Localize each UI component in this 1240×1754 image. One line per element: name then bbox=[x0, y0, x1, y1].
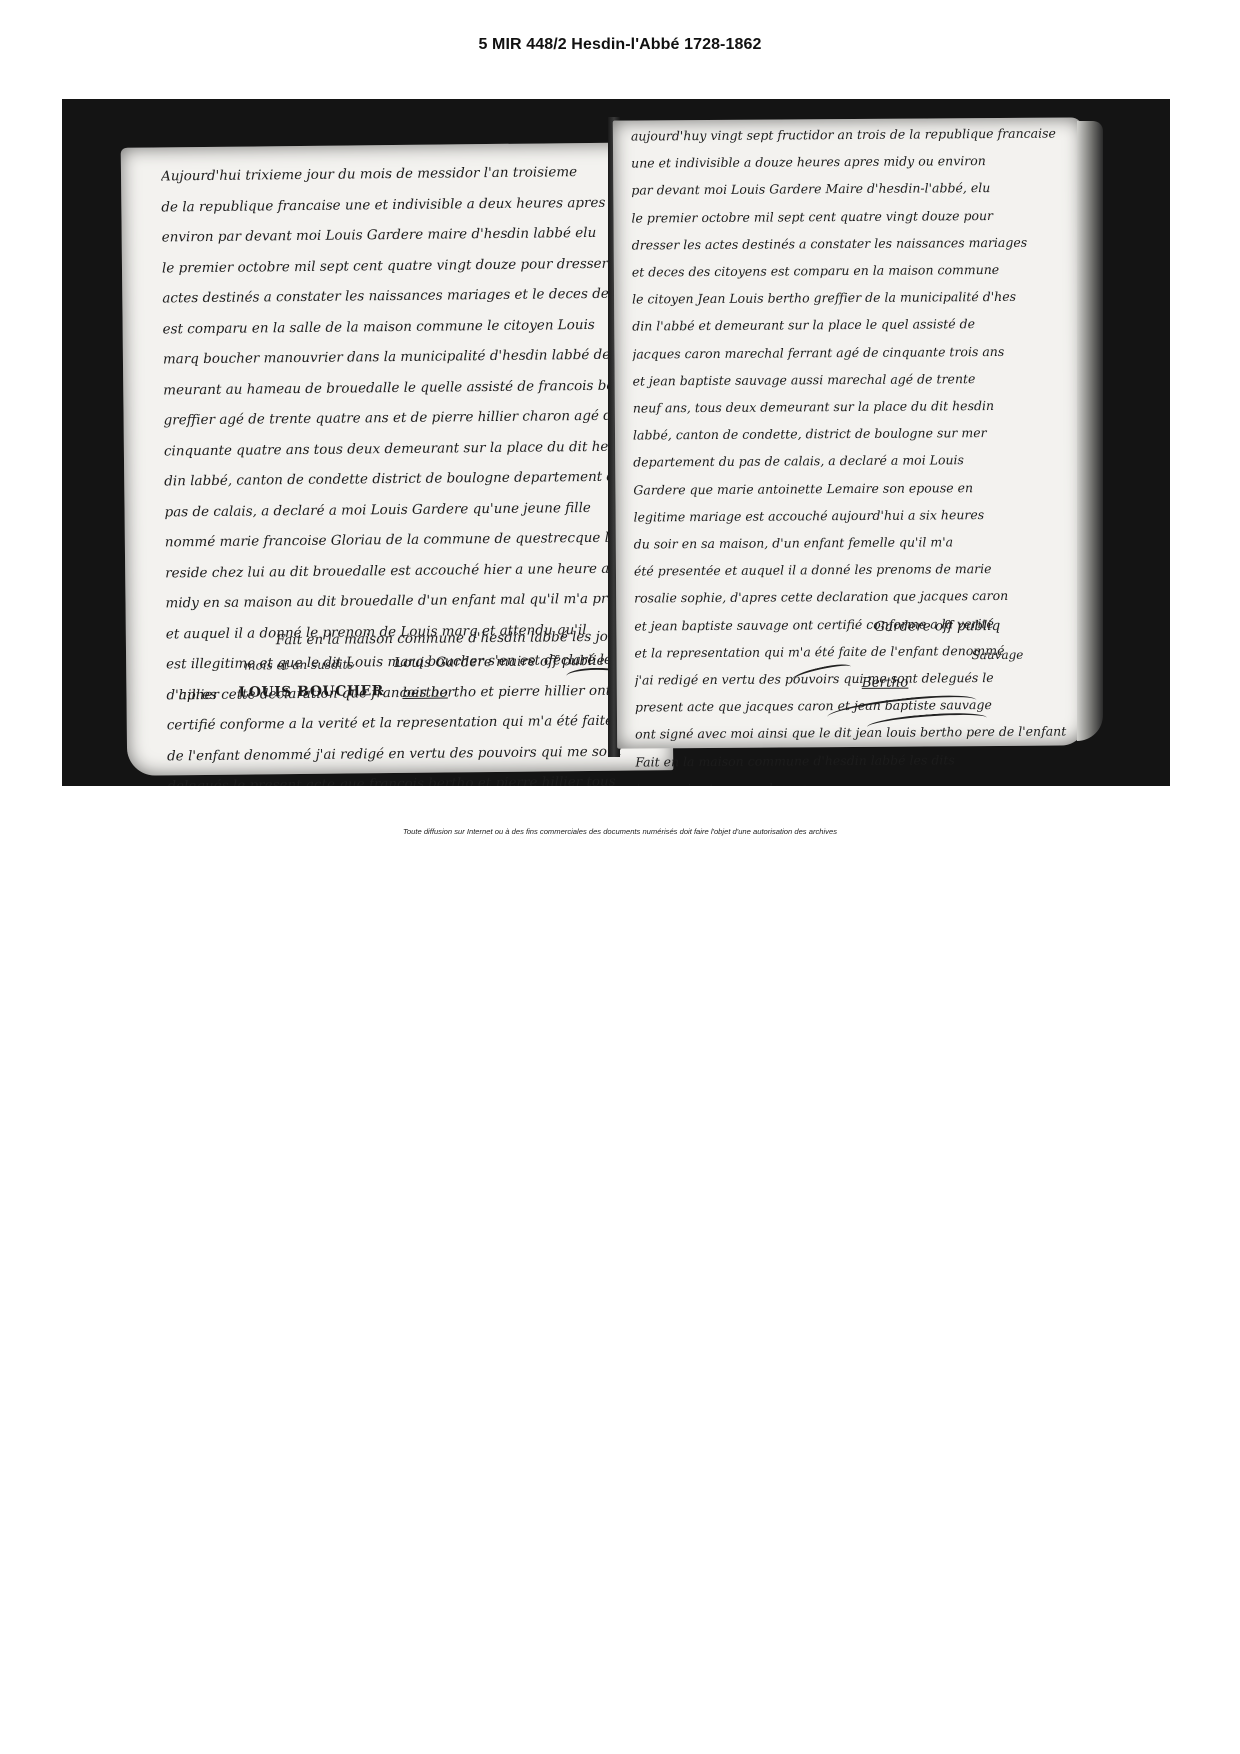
handwritten-line: din l'abbé et demeurant sur la place le … bbox=[632, 310, 1077, 340]
handwritten-line: le premier octobre mil sept cent quatre … bbox=[631, 201, 1076, 231]
handwritten-line: été presentée et auquel il a donné les p… bbox=[634, 555, 1079, 585]
handwritten-line: actes destinés a constater les naissance… bbox=[162, 278, 652, 314]
signature-hillier: hillier bbox=[178, 687, 219, 703]
handwritten-line: le citoyen Jean Louis bertho greffier de… bbox=[632, 283, 1077, 313]
signature-boucher: LOUIS BOUCHER bbox=[238, 683, 384, 701]
handwritten-line: environ par devant moi Louis Gardere mai… bbox=[162, 217, 652, 253]
handwritten-line: greffier agé de trente quatre ans et de … bbox=[163, 400, 653, 436]
handwritten-line: et deces des citoyens est comparu en la … bbox=[632, 255, 1077, 285]
document-title: 5 MIR 448/2 Hesdin-l'Abbé 1728-1862 bbox=[0, 36, 1240, 54]
handwritten-line: jour, mois et an que dessus. bbox=[635, 772, 1080, 786]
register-scan-image: Aujourd'hui trixieme jour du mois de mes… bbox=[62, 99, 1170, 786]
handwritten-line: midy en sa maison au dit brouedalle d'un… bbox=[165, 583, 655, 619]
handwritten-line: ont signé avec moi ainsi que le dit jean… bbox=[635, 718, 1080, 748]
signature-bertho: bertho bbox=[402, 684, 448, 700]
handwritten-line: du soir en sa maison, d'un enfant femell… bbox=[634, 527, 1079, 557]
handwritten-line: jacques caron marechal ferrant agé de ci… bbox=[632, 337, 1077, 367]
handwritten-line: Gardere que marie antoinette Lemaire son… bbox=[633, 473, 1078, 503]
handwritten-line: nommé marie francoise Gloriau de la comm… bbox=[165, 522, 655, 558]
handwritten-line: legitime mariage est accouché aujourd'hu… bbox=[633, 500, 1078, 530]
handwritten-line: certifié conforme a la verité et la repr… bbox=[167, 705, 657, 741]
left-page: Aujourd'hui trixieme jour du mois de mes… bbox=[121, 142, 674, 776]
handwritten-line: dresser les actes destinés a constater l… bbox=[632, 228, 1077, 258]
signature-bertho-right: Bertho bbox=[862, 675, 909, 691]
handwritten-line: aujourd'huy vingt sept fructidor an troi… bbox=[631, 119, 1076, 149]
signature-sauvage: Sauvage bbox=[972, 648, 1024, 662]
handwritten-line: une et indivisible a douze heures apres … bbox=[631, 147, 1076, 177]
right-page: aujourd'huy vingt sept fructidor an troi… bbox=[613, 117, 1087, 748]
handwritten-line: j'ai redigé en vertu des pouvoirs qui me… bbox=[635, 663, 1080, 693]
handwritten-line: neuf ans, tous deux demeurant sur la pla… bbox=[633, 391, 1078, 421]
right-page-text: aujourd'huy vingt sept fructidor an troi… bbox=[631, 119, 1081, 786]
handwritten-line: par devant moi Louis Gardere Maire d'hes… bbox=[631, 174, 1076, 204]
handwritten-line: rosalie sophie, d'apres cette declaratio… bbox=[634, 582, 1079, 612]
signature-gardere-right: Gardere off publiq bbox=[874, 618, 1000, 635]
right-page-edge bbox=[1077, 121, 1103, 741]
signature-gardere: Louis Gardere maire off publie bbox=[394, 653, 605, 671]
copyright-notice: Toute diffusion sur Internet ou à des fi… bbox=[0, 827, 1240, 836]
handwritten-line: departement du pas de calais, a declaré … bbox=[633, 446, 1078, 476]
handwritten-line: marq boucher manouvrier dans la municipa… bbox=[163, 339, 653, 375]
handwritten-line: din labbé, canton de condette district d… bbox=[164, 461, 654, 497]
handwritten-line: et jean baptiste sauvage ont certifié co… bbox=[634, 609, 1079, 639]
handwritten-line: et jean baptiste sauvage aussi marechal … bbox=[633, 364, 1078, 394]
closing-formula-2: mois et an susdits bbox=[244, 657, 354, 672]
handwritten-line: Fait en la maison commune d'hesdin labbé… bbox=[635, 745, 1080, 775]
handwritten-line: labbé, canton de condette, district de b… bbox=[633, 419, 1078, 449]
